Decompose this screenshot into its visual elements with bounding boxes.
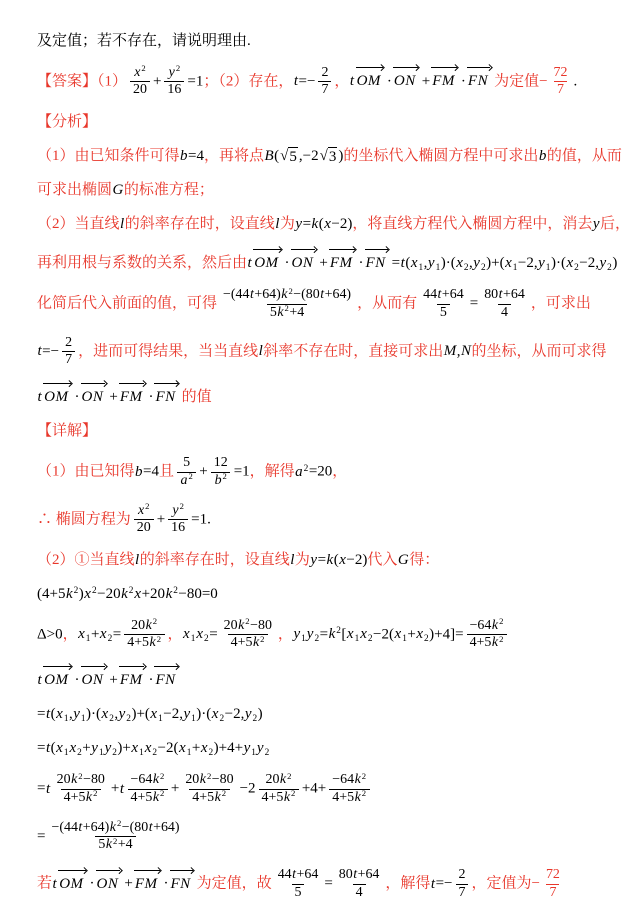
math-segment: 2 — [152, 748, 158, 758]
math-segment: k — [238, 618, 245, 633]
text-segment: −64 — [131, 772, 153, 787]
text-segment: −2( — [373, 626, 394, 642]
math-segment: y — [243, 740, 251, 756]
math-segment: 1 — [80, 714, 86, 724]
text-segment: · — [285, 255, 290, 271]
text-segment: +64) — [153, 820, 179, 835]
math-segment: k — [165, 586, 173, 602]
fraction: 20k2−804+5k2 — [54, 772, 108, 806]
math-segment: 2 — [152, 616, 157, 626]
text-segment: = — [303, 216, 311, 232]
math-segment: 2 — [113, 836, 118, 846]
text-segment: · — [359, 255, 364, 271]
fraction: 80t+644 — [336, 867, 383, 901]
fraction: 27 — [318, 65, 331, 99]
vector-om: OM — [43, 381, 71, 409]
text-segment: +64 — [442, 287, 464, 302]
text-segment: 80 — [339, 867, 353, 882]
text-segment: 【答案】（1） — [37, 73, 127, 89]
text-segment: )·( — [551, 255, 566, 271]
math-segment: y — [295, 216, 303, 232]
text-segment: 16 — [167, 82, 181, 97]
math-segment: k — [328, 626, 336, 642]
text-segment: ( — [319, 216, 324, 232]
detail-vector-expression: tOM·ON+FM·FN — [37, 664, 626, 692]
analysis-step2-line4: t=−27，进而可得结果，当当直线l斜率不存在时，直接可求出M,N的坐标，从而可… — [37, 334, 626, 370]
text-segment: 且 — [159, 464, 174, 480]
text-segment: 若 — [37, 876, 52, 892]
text-segment: （1）由已知得 — [37, 464, 135, 480]
math-segment: k — [71, 772, 78, 787]
math-segment: 2 — [141, 63, 146, 73]
math-segment: 1 — [354, 634, 360, 644]
text-segment: 7 — [321, 82, 328, 97]
text-segment: 为定值− — [494, 73, 547, 89]
text-segment: −64 — [470, 618, 492, 633]
vector-fm: FM — [134, 868, 161, 896]
text-segment: ， — [334, 73, 349, 89]
vector-fm: FM — [119, 381, 146, 409]
text-segment: ) — [258, 706, 263, 722]
text-segment: 【详解】 — [37, 423, 97, 439]
text-segment: 的坐标，从而可求得 — [472, 343, 607, 359]
text-segment: −80 — [83, 772, 105, 787]
math-segment: k — [85, 790, 92, 805]
text-segment: 为 — [280, 216, 295, 232]
math-segment: 1 — [251, 748, 257, 758]
vector-fn: FN — [154, 664, 178, 692]
math-segment: x — [566, 255, 574, 271]
math-segment: 2 — [284, 303, 289, 313]
vector-on: ON — [81, 664, 107, 692]
text-segment: 5 — [270, 305, 277, 320]
detail-expansion-line2: =t(x1x2+y1y2)+x1x2−2(x1+x2)+4+y1y2 — [37, 737, 626, 760]
text-segment: ， — [278, 626, 293, 642]
fraction: 20k2−804+5k2 — [221, 618, 275, 652]
document-body: 及定值；若不存在，请说明理由.【答案】（1）x220+y216=1；（2）存在，… — [0, 0, 642, 902]
math-segment: y — [172, 503, 179, 518]
text-segment: ( — [334, 552, 339, 568]
text-segment: ∴ 椭圆方程为 — [37, 511, 131, 527]
math-segment: x — [134, 586, 142, 602]
math-segment: 2 — [160, 788, 165, 798]
fraction: x220 — [130, 65, 150, 99]
text-segment: + — [199, 464, 207, 480]
math-segment: x — [394, 626, 402, 642]
math-segment: 2 — [109, 714, 115, 724]
text-segment: )·( — [86, 706, 101, 722]
text-segment: =1. — [191, 511, 211, 527]
math-segment: 2 — [287, 771, 292, 781]
math-segment: 1 — [418, 263, 424, 273]
vector-on: ON — [393, 65, 419, 93]
math-segment: 2 — [221, 788, 226, 798]
text-segment: )+( — [486, 255, 504, 271]
text-segment: ) — [612, 255, 617, 271]
vector-om: OM — [58, 868, 86, 896]
text-segment: 72 — [554, 65, 568, 80]
text-segment: · — [148, 672, 153, 688]
radical-sign: √ — [280, 147, 288, 165]
math-segment: x — [137, 503, 144, 518]
text-segment: =− — [42, 343, 59, 359]
fraction: 727 — [551, 65, 571, 99]
text-segment: 4+5 — [131, 790, 153, 805]
math-segment: 2 — [423, 634, 429, 644]
vector-on: ON — [81, 381, 107, 409]
math-segment: 2 — [499, 616, 504, 626]
text-segment: ；（2）存在， — [203, 73, 293, 89]
math-segment: k — [252, 635, 259, 650]
text-segment: −80 — [212, 772, 234, 787]
text-segment: , — [457, 343, 461, 359]
math-segment: G — [397, 552, 409, 568]
text-segment: +64) — [83, 820, 109, 835]
text-segment: +64 — [297, 867, 319, 882]
text-segment: 7 — [65, 352, 72, 367]
math-segment: k — [277, 305, 284, 320]
text-segment: ( — [274, 148, 279, 164]
text-segment: + — [422, 73, 430, 89]
text-segment: =1 — [187, 73, 203, 89]
math-segment: 2 — [126, 714, 132, 724]
detail-header: 【详解】 — [37, 420, 626, 443]
math-segment: B — [264, 148, 274, 164]
text-segment: + — [109, 389, 117, 405]
text-segment: 72 — [546, 867, 560, 882]
math-segment: 2 — [128, 586, 134, 596]
math-segment: k — [491, 635, 498, 650]
math-segment: 2 — [291, 788, 296, 798]
math-segment: 2 — [208, 748, 214, 758]
text-segment: 为 — [295, 552, 310, 568]
math-segment: x — [196, 626, 204, 642]
text-segment: + — [109, 672, 117, 688]
math-segment: y — [183, 706, 191, 722]
text-segment: · — [90, 876, 95, 892]
text-segment: 及定值；若不存在，请说明理由. — [37, 33, 251, 49]
math-segment: k — [152, 790, 159, 805]
math-segment: y — [592, 216, 600, 232]
radicand: 3 — [328, 147, 338, 166]
text-segment: 20 — [137, 520, 151, 535]
vector-fn: FN — [154, 381, 178, 409]
text-segment: 斜率不存在时，直接可求出 — [263, 343, 443, 359]
analysis-step2-line2: 再利用根与系数的关系，然后由tOM·ON+FM·FN=t(x1,y1)·(x2,… — [37, 247, 626, 275]
text-segment: = — [37, 828, 45, 844]
detail-part1-line2: ∴ 椭圆方程为x220+y216=1. — [37, 502, 626, 538]
text-segment: ( — [51, 740, 56, 756]
math-segment: N — [461, 343, 472, 359]
text-segment: 20 — [131, 618, 145, 633]
math-segment: a — [295, 464, 304, 480]
text-segment: = — [324, 876, 332, 892]
math-segment: 1 — [98, 748, 104, 758]
text-segment: （1）由已知条件可得 — [37, 148, 180, 164]
fraction: 20k24+5k2 — [124, 618, 164, 652]
fraction: 27 — [456, 867, 469, 901]
text-segment: + — [407, 626, 415, 642]
math-segment: 1 — [512, 263, 518, 273]
text-segment: + — [319, 255, 327, 271]
math-segment: 2 — [314, 634, 320, 644]
math-segment: 2 — [77, 748, 83, 758]
text-segment: 4 — [501, 305, 508, 320]
text-segment: 4+5 — [470, 635, 492, 650]
math-segment: 2 — [264, 748, 270, 758]
vector-fm: FM — [431, 65, 458, 93]
math-segment: 1 — [158, 714, 164, 724]
fraction: 80t+644 — [481, 287, 528, 321]
fraction: 5a2 — [177, 455, 196, 489]
text-segment: = — [318, 552, 326, 568]
text-segment: 2 — [321, 65, 328, 80]
text-segment: −80 — [250, 618, 272, 633]
text-segment: +4+ — [302, 781, 326, 797]
vector-om: OM — [43, 664, 71, 692]
math-segment: x — [131, 740, 139, 756]
vector-fn: FN — [170, 868, 194, 896]
math-segment: x — [346, 626, 354, 642]
text-segment: 4+5 — [332, 790, 354, 805]
math-segment: t — [119, 781, 124, 797]
text-segment: . — [573, 73, 577, 89]
text-segment: 80 — [484, 287, 498, 302]
math-segment: k — [105, 837, 112, 852]
fraction: 27 — [62, 335, 75, 369]
text-segment: −20 — [97, 586, 120, 602]
text-segment: ,−2 — [299, 148, 319, 164]
fraction: 44t+645 — [420, 287, 467, 321]
math-segment: 1 — [186, 748, 192, 758]
text-segment: −80=0 — [178, 586, 217, 602]
text-segment: 12 — [214, 455, 228, 470]
math-segment: M — [443, 343, 457, 359]
math-segment: 2 — [173, 586, 179, 596]
text-segment: ，进而可得结果，当当直线 — [78, 343, 258, 359]
math-segment: x — [99, 626, 107, 642]
vector-fm: FM — [119, 664, 146, 692]
text-segment: · — [461, 73, 466, 89]
math-segment: 2 — [480, 263, 486, 273]
text-segment: +4 — [118, 837, 133, 852]
fraction: y216 — [168, 503, 188, 537]
detail-vieta-line: Δ>0，x1+x2=20k24+5k2，x1x2=20k2−804+5k2，y1… — [37, 617, 626, 653]
text-segment: 得： — [409, 552, 439, 568]
text-segment: + — [171, 781, 179, 797]
text-segment: 的值 — [182, 389, 212, 405]
text-segment: · — [164, 876, 169, 892]
text-segment: 20 — [133, 82, 147, 97]
math-segment: 2 — [222, 471, 227, 481]
vector-om: OM — [356, 65, 384, 93]
math-segment: a — [180, 473, 188, 488]
text-segment: 的值，从而 — [547, 148, 622, 164]
text-segment: ( — [51, 706, 56, 722]
analysis-step2-line3: 化简后代入前面的值，可得−(44t+64)k2−(80t+64)5k2+4，从而… — [37, 286, 626, 322]
analysis-step2-line1: （2）当直线l的斜率存在时，设直线l为y=k(x−2)，将直线方程代入椭圆方程中… — [37, 213, 626, 236]
text-segment: 44 — [423, 287, 437, 302]
text-segment: 7 — [459, 885, 466, 900]
text-segment: +64 — [358, 867, 380, 882]
math-segment: 2 — [73, 586, 79, 596]
text-segment: )+( — [131, 706, 149, 722]
math-segment: 2 — [93, 788, 98, 798]
text-segment: −2 — [240, 781, 256, 797]
text-segment: −2, — [225, 706, 245, 722]
radicand: 5 — [288, 147, 298, 166]
text-segment: )·( — [441, 255, 456, 271]
text-segment: 2 — [459, 867, 466, 882]
math-segment: b — [214, 473, 222, 488]
math-segment: 2 — [179, 501, 184, 511]
math-segment: x — [200, 740, 208, 756]
text-segment: 可求出椭圆 — [37, 182, 112, 198]
text-segment: =− — [299, 73, 316, 89]
math-segment: y — [427, 255, 435, 271]
text-segment: )·( — [196, 706, 211, 722]
text-segment: 16 — [171, 520, 185, 535]
text-segment: 4+5 — [192, 790, 214, 805]
math-segment: x — [101, 706, 109, 722]
math-segment: x — [211, 706, 219, 722]
math-segment: 2 — [288, 286, 293, 296]
vector-fn: FN — [467, 65, 491, 93]
text-segment: −2, — [163, 706, 183, 722]
math-segment: k — [281, 287, 288, 302]
math-segment: b — [180, 148, 189, 164]
math-segment: 2 — [145, 501, 150, 511]
text-segment: + — [153, 73, 161, 89]
fraction: −(44t+64)k2−(80t+64)5k2+4 — [48, 820, 182, 854]
analysis-step2-line5: tOM·ON+FM·FN的值 — [37, 381, 626, 409]
math-segment: 1 — [402, 634, 408, 644]
fraction: 20k2−804+5k2 — [182, 772, 236, 806]
math-segment: k — [65, 586, 73, 602]
fraction: 44t+645 — [275, 867, 322, 901]
text-segment: =− — [436, 876, 453, 892]
math-segment: y — [306, 626, 314, 642]
math-segment: 2 — [204, 634, 210, 644]
math-segment: y — [256, 740, 264, 756]
text-segment: 为定值，故 — [197, 876, 272, 892]
text-segment: 7 — [557, 82, 564, 97]
math-segment: b — [135, 464, 144, 480]
math-segment: 1 — [63, 748, 69, 758]
text-segment: 的坐标代入椭圆方程中可求出 — [343, 148, 538, 164]
math-segment: k — [326, 552, 334, 568]
detail-part1-line1: （1）由已知得b=4且5a2+12b2=1，解得a2=20， — [37, 454, 626, 490]
text-segment: +64 — [503, 287, 525, 302]
vector-on: ON — [96, 868, 122, 896]
text-segment: = — [470, 296, 478, 312]
math-segment: y — [293, 626, 301, 642]
text-segment: = — [113, 626, 121, 642]
math-segment: t — [37, 672, 42, 688]
fraction: y216 — [164, 65, 184, 99]
math-segment: y — [599, 255, 607, 271]
math-segment: 1 — [301, 634, 307, 644]
detail-substitution-line: =t20k2−804+5k2+t−64k24+5k2+20k2−804+5k2−… — [37, 771, 626, 807]
text-segment: =20 — [309, 464, 332, 480]
text-segment: +64) — [254, 287, 280, 302]
analysis-step1-line1: （1）由已知条件可得b=4，再将点B(√5,−2√3)的坐标代入椭圆方程中可求出… — [37, 145, 626, 168]
math-segment: 2 — [188, 471, 193, 481]
text-segment: = — [209, 626, 217, 642]
math-segment: 2 — [252, 714, 258, 724]
text-segment: 44 — [278, 867, 292, 882]
problem-statement-tail: 及定值；若不存在，请说明理由. — [37, 30, 626, 53]
math-segment: 2 — [361, 788, 366, 798]
math-segment: t — [37, 389, 42, 405]
text-segment: +64) — [325, 287, 351, 302]
text-segment: =4 — [188, 148, 204, 164]
math-segment: 2 — [112, 748, 118, 758]
text-segment: −(44 — [223, 287, 249, 302]
radical-sign: √ — [320, 147, 328, 165]
detail-quadratic-equation: (4+5k2)x2−20k2x+20k2−80=0 — [37, 583, 626, 606]
math-segment: y — [244, 706, 252, 722]
math-segment: 2 — [206, 771, 211, 781]
text-segment: −2) — [346, 552, 367, 568]
text-segment: −64 — [332, 772, 354, 787]
math-segment: k — [279, 772, 286, 787]
text-segment: ，解得 — [250, 464, 295, 480]
text-segment: 的斜率存在时，设直线 — [140, 552, 290, 568]
fraction: x220 — [134, 503, 154, 537]
text-segment: 代入 — [367, 552, 397, 568]
math-segment: k — [152, 772, 159, 787]
math-segment: x — [150, 706, 158, 722]
text-segment: ，再将点 — [204, 148, 264, 164]
square-root: √3 — [320, 147, 338, 166]
math-segment: 1 — [139, 748, 145, 758]
text-segment: 20 — [57, 772, 71, 787]
text-segment: )+4]= — [429, 626, 463, 642]
vector-fm: FM — [329, 247, 356, 275]
analysis-header: 【分析】 — [37, 111, 626, 134]
math-segment: 2 — [361, 771, 366, 781]
math-segment: x — [134, 65, 141, 80]
math-segment: t — [247, 255, 252, 271]
text-segment: 20 — [224, 618, 238, 633]
text-segment: =1 — [234, 464, 250, 480]
fraction: 20k24+5k2 — [259, 772, 299, 806]
vector-on: ON — [291, 247, 317, 275]
math-segment: 1 — [191, 714, 197, 724]
math-segment: 2 — [160, 771, 165, 781]
text-segment: 20 — [265, 772, 279, 787]
text-segment: （2）①当直线 — [37, 552, 135, 568]
text-segment: （2）当直线 — [37, 216, 120, 232]
text-segment: 再利用根与系数的关系，然后由 — [37, 255, 247, 271]
text-segment: (4+5 — [37, 586, 65, 602]
vector-om: OM — [253, 247, 281, 275]
math-segment: y — [118, 706, 126, 722]
math-segment: 2 — [607, 263, 613, 273]
math-segment: 2 — [156, 634, 161, 644]
text-segment: +20 — [142, 586, 165, 602]
math-segment: 1 — [545, 263, 551, 273]
math-segment: 2 — [175, 63, 180, 73]
text-segment: 5 — [183, 455, 190, 470]
text-segment: −2, — [579, 255, 599, 271]
fraction: −64k24+5k2 — [329, 772, 369, 806]
math-segment: 2 — [260, 634, 265, 644]
math-segment: x — [69, 740, 77, 756]
math-segment: y — [310, 552, 318, 568]
math-segment: t — [52, 876, 57, 892]
